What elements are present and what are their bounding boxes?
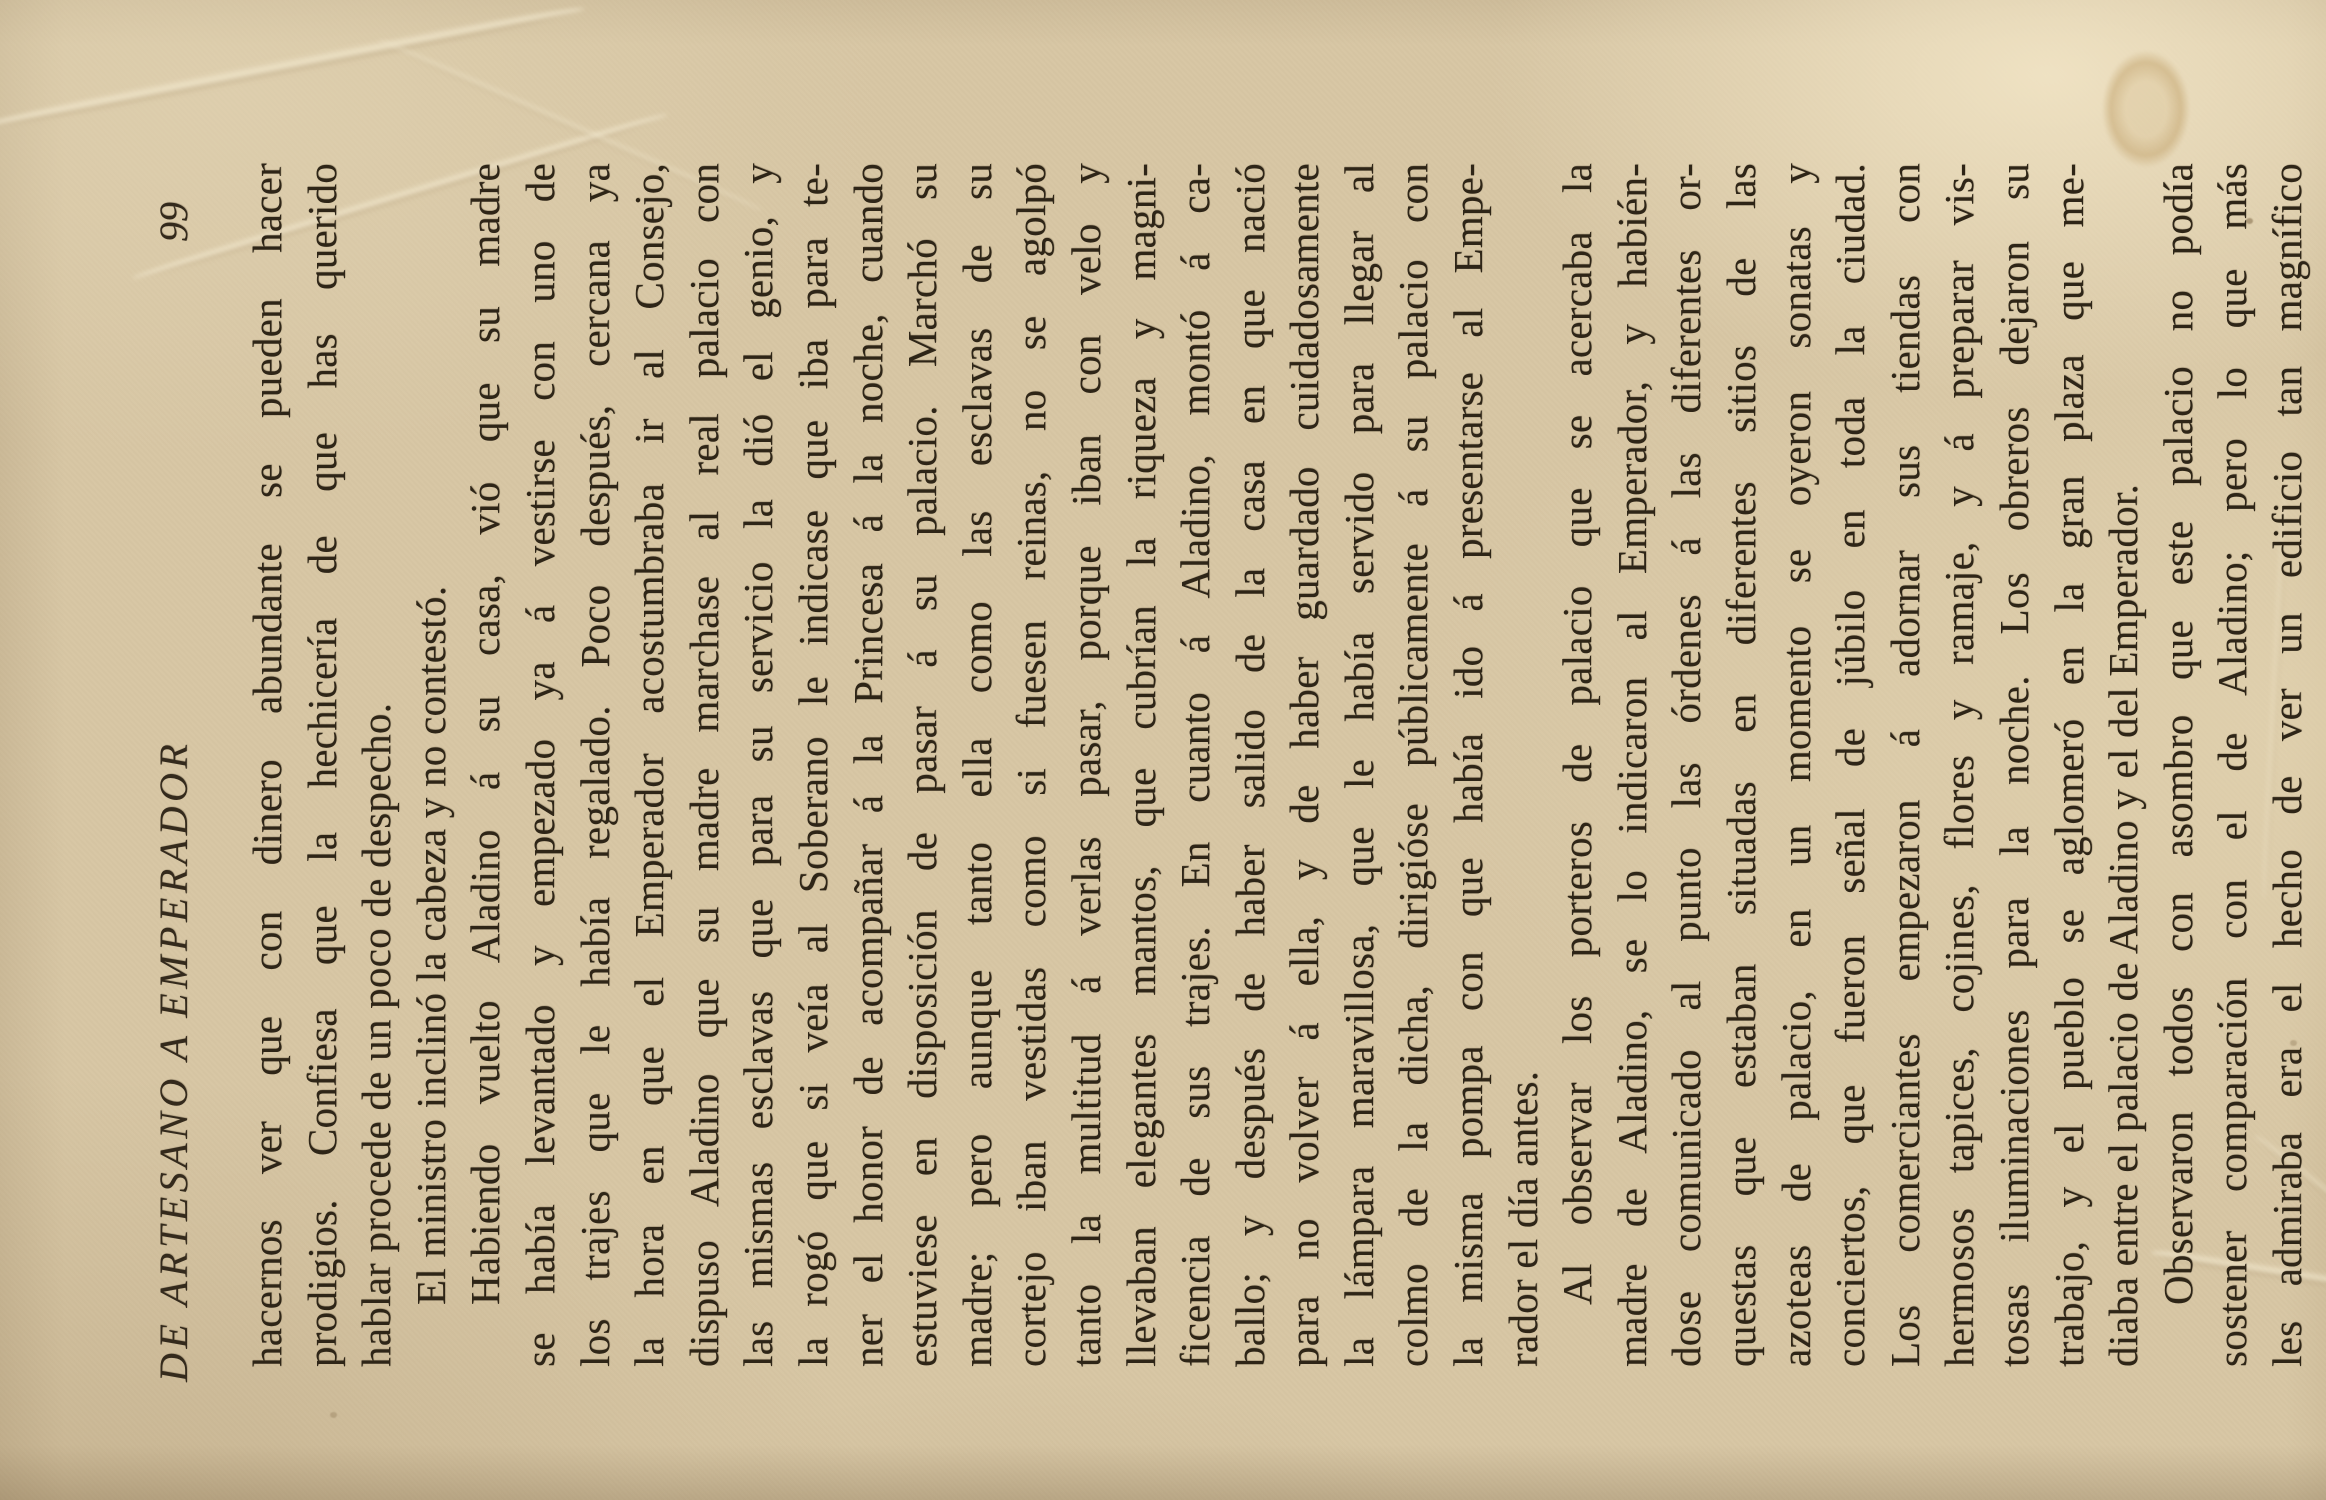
text-line: conciertos, que fueron señal de júbilo e… [1823,163,1878,1367]
text-line: colmo de la dicha, dirigióse públicament… [1386,163,1441,1367]
text-line: las mismas esclavas que para su servicio… [731,163,786,1367]
text-block: hacernos ver que con dinero abundante se… [240,163,2315,1367]
text-line: hablar procede de un poco de despecho. [349,163,404,1367]
text-line: prodigios. Confiesa que la hechicería de… [295,163,350,1367]
text-line: se había levantado y empezado ya á vesti… [513,163,568,1367]
running-title: DE ARTESANO A EMPERADOR [150,740,197,1382]
text-line: les admiraba era el hecho de ver un edif… [2260,163,2315,1367]
text-line: El ministro inclinó la cabeza y no conte… [404,163,459,1367]
text-line: azoteas de palacio, en un momento se oye… [1769,163,1824,1367]
text-line: cortejo iban vestidas como si fuesen rei… [1004,163,1059,1367]
text-line: los trajes que le había regalado. Poco d… [568,163,623,1367]
text-line: para no volver á ella, y de haber guarda… [1277,163,1332,1367]
text-line: madre; pero aunque tanto ella como las e… [950,163,1005,1367]
text-line: llevaban elegantes mantos, que cubrían l… [1114,163,1169,1367]
text-line: madre de Aladino, se lo indicaron al Emp… [1605,163,1660,1367]
text-line: tanto la multitud á verlas pasar, porque… [1059,163,1114,1367]
text-line: hermosos tapices, cojines, flores y rama… [1932,163,1987,1367]
text-line: Los comerciantes empezaron á adornar sus… [1878,163,1933,1367]
text-line: la hora en que el Emperador acostumbraba… [622,163,677,1367]
text-line: rador el día antes. [1496,163,1551,1367]
text-line: dispuso Aladino que su madre marchase al… [677,163,732,1367]
text-line: Observaron todos con asombro que este pa… [2151,163,2206,1367]
text-line: diaba entre el palacio de Aladino y el d… [2096,163,2151,1367]
text-line: questas que estaban situadas en diferent… [1714,163,1769,1367]
text-line: trabajo, y el pueblo se aglomeró en la g… [2042,163,2097,1367]
text-line: estuviese en disposición de pasar á su p… [895,163,950,1367]
text-line: hacernos ver que con dinero abundante se… [240,163,295,1367]
text-line: dose comunicado al punto las órdenes á l… [1659,163,1714,1367]
text-line: ner el honor de acompañar á la Princesa … [841,163,896,1367]
text-line: Habiendo vuelto Aladino á su casa, vió q… [458,163,513,1367]
text-line: tosas iluminaciones para la noche. Los o… [1987,163,2042,1367]
text-line: sostener comparación con el de Aladino; … [2205,163,2260,1367]
text-line: Al observar los porteros de palacio que … [1550,163,1605,1367]
scanned-book-page: DE ARTESANO A EMPERADOR 99 hacernos ver … [0,0,2326,1500]
text-line: la misma pompa con que había ido á prese… [1441,163,1496,1367]
printed-page: DE ARTESANO A EMPERADOR 99 hacernos ver … [0,0,2326,1500]
text-line: la lámpara maravillosa, que le había ser… [1332,163,1387,1367]
page-number: 99 [150,202,197,242]
running-head: DE ARTESANO A EMPERADOR 99 [150,0,206,1500]
text-line: ballo; y después de haber salido de la c… [1223,163,1278,1367]
text-line: ficencia de sus trajes. En cuanto á Alad… [1168,163,1223,1367]
text-line: la rogó que si veía al Soberano le indic… [786,163,841,1367]
